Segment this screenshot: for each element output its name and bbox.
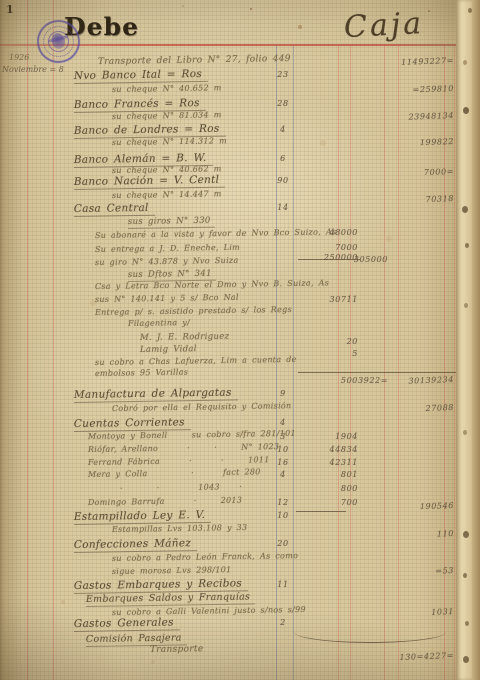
binding-edge <box>472 0 480 680</box>
row-folio: 10 <box>275 445 291 454</box>
binding-spots <box>462 0 466 5</box>
row-text: Montoya y Bonell su cobro s/fra 281/101 <box>88 429 296 441</box>
row-text: Casa Central <box>74 202 155 217</box>
row-folio: 9 <box>275 389 291 398</box>
row-text: Filagentina y/ <box>128 318 190 328</box>
row-folio: 14 <box>275 203 291 212</box>
row-folio: 12 <box>275 498 291 507</box>
ledger-row: Transporte del Libro N° 27, folio 449114… <box>0 57 458 69</box>
row-amount-a: 42311 <box>314 458 358 467</box>
ledger-row: Estampillado Ley E. V.10 <box>0 511 458 523</box>
ledger-row: Gastos Generales2 <box>0 618 458 630</box>
row-text: Ferrand Fábrica · · 1011 <box>88 455 270 467</box>
ink-column-total-rule <box>296 511 346 512</box>
row-amount-b: 3922= <box>350 376 388 385</box>
ledger-row: Banco de Londres = Ros4 <box>0 125 458 137</box>
row-text: su cobro a Pedro León Franck, As como <box>112 551 298 563</box>
row-folio: 4 <box>275 418 291 427</box>
row-text: Manufactura de Alpargatas <box>74 386 238 403</box>
row-folio: 20 <box>275 539 291 548</box>
row-text: su giro N° 43.878 y Nvo Suiza <box>95 256 239 267</box>
ledger-row: Casa Central14 <box>0 203 458 215</box>
row-amount-a: 801 <box>314 470 358 479</box>
row-amount-c: =259810 <box>396 84 454 95</box>
row-text: Mera y Colla · fact 280 <box>88 467 261 479</box>
row-folio: 16 <box>275 458 291 467</box>
ink-subtotal-rule <box>298 259 360 260</box>
row-folio: 23 <box>275 70 291 79</box>
row-amount-a: 5 <box>314 349 358 358</box>
row-text: Estampillas Lvs 103.108 y 33 <box>112 523 248 534</box>
row-text: su cheque N° 14.447 m <box>112 189 222 200</box>
row-amount-c: 130=4227= <box>396 651 454 662</box>
row-text: M. J. E. Rodriguez <box>140 332 230 343</box>
row-amount-c: 30139234 <box>396 375 454 386</box>
row-folio: 10 <box>275 511 291 520</box>
row-text: sigue morosa Lvs 298/101 <box>112 565 232 576</box>
row-text: Cuentas Corrientes <box>74 416 191 432</box>
row-amount-c: 27088 <box>396 403 454 414</box>
row-text: su cobro a Galli Valentini justo s/nos s… <box>112 605 306 617</box>
row-text: Riófar, Arellano · · N° 1023 <box>88 442 279 454</box>
row-text: Entrega p/ s. asistido prestado s/ los R… <box>95 305 292 317</box>
ledger-row: Mera y Colla · fact 2804801 <box>0 470 458 482</box>
ledger-row: Cobró por ella el Requisito y Comisión27… <box>0 404 458 416</box>
row-amount-c: 1031 <box>396 607 454 618</box>
row-text: Nvo Banco Ital = Ros <box>74 68 208 84</box>
ledger-row: Embarques Saldos y Franquías <box>0 594 458 606</box>
ledger-rows: Transporte del Libro N° 27, folio 449114… <box>0 0 480 680</box>
row-folio: 11 <box>275 580 291 589</box>
row-text: Gastos Generales <box>74 616 180 632</box>
ledger-row: Su abonaré a la vista y favor de Nvo Bco… <box>0 231 458 243</box>
ledger-row: Nvo Banco Ital = Ros23 <box>0 70 458 82</box>
ledger-row: M. J. E. Rodriguez20 <box>0 333 458 345</box>
ledger-row: Manufactura de Alpargatas9 <box>0 389 458 401</box>
row-folio: 3 <box>275 432 291 441</box>
row-text: Domingo Barrufa · 2013 <box>88 496 242 507</box>
ledger-row: sus giros N° 330 <box>0 217 458 229</box>
row-amount-a: 30711 <box>314 295 358 304</box>
ledger-row: Banco Nación = V. Centl90 <box>0 176 458 188</box>
row-text: Lamig Vidal <box>140 344 197 355</box>
row-amount-c: 11493227= <box>396 56 454 67</box>
row-text: Su abonaré a la vista y favor de Nvo Bco… <box>95 227 337 240</box>
row-amount-a: 800 <box>314 484 358 493</box>
row-text: Estampillado Ley E. V. <box>74 509 212 525</box>
ink-total-rule <box>298 372 456 373</box>
ledger-row: Transporte130=4227= <box>0 645 458 657</box>
ledger-row: su giro N° 43.878 y Nvo Suiza25000030500… <box>0 258 458 270</box>
row-text: Banco Nación = V. Centl <box>74 174 226 190</box>
row-text: Confecciones Máñez <box>74 537 197 553</box>
ledger-row: · · 1043 ·800 <box>0 484 458 496</box>
ledger-row: Banco Francés = Ros28 <box>0 99 458 111</box>
row-amount-c: 199822 <box>396 137 454 148</box>
row-folio: 2 <box>275 618 291 627</box>
row-text: · · 1043 · <box>120 482 242 493</box>
row-folio: 28 <box>275 99 291 108</box>
row-amount-a: 700 <box>314 498 358 507</box>
row-folio: 6 <box>275 154 291 163</box>
ledger-row: Estampillas Lvs 103.108 y 33110 <box>0 525 458 537</box>
row-text: Su entrega a J. D. Eneche, Lim <box>95 243 240 254</box>
ledger-page: 1 Debe Caja 1926 Noviembre = 8 Transport… <box>0 0 480 680</box>
row-text: su cheque N° 40.652 m <box>112 83 222 94</box>
row-text: Transporte <box>150 644 204 655</box>
ledger-row: su cheque N° 81.034 m23948134 <box>0 112 458 124</box>
row-amount-a: 1904 <box>314 432 358 441</box>
row-folio: 4 <box>275 125 291 134</box>
row-amount-c: =53 <box>396 566 454 577</box>
ledger-row: su cheque N° 40.652 m=259810 <box>0 85 458 97</box>
ledger-row: Gastos Embarques y Recibos11 <box>0 580 458 592</box>
row-amount-c: 23948134 <box>396 111 454 122</box>
ledger-row: Banco Alemán = B. W.6 <box>0 154 458 166</box>
row-text: sus N° 140.141 y 5 s/ Bco Nal <box>95 293 239 304</box>
ledger-row: Domingo Barrufa · 201312700190546 <box>0 498 458 510</box>
row-text: Embarques Saldos y Franquías <box>86 591 256 607</box>
left-edge-shadow <box>0 0 4 680</box>
ledger-row: su cheque N° 114.312 m199822 <box>0 138 458 150</box>
row-text: Cobró por ella el Requisito y Comisión <box>112 401 292 413</box>
ledger-row: su cheque N° 14.447 m70318 <box>0 191 458 203</box>
row-text: su cheque N° 81.034 m <box>112 110 222 121</box>
row-text: su cheque N° 114.312 m <box>112 136 227 147</box>
row-folio: 4 <box>275 470 291 479</box>
ledger-row: Filagentina y/ <box>0 319 458 331</box>
row-amount-a: 7000 <box>314 243 358 252</box>
row-text: su cobro a Chas Lafuerza, Lim a cuenta d… <box>95 355 297 367</box>
row-amount-a: 44834 <box>314 445 358 454</box>
ledger-row: Cuentas Corrientes4 <box>0 418 458 430</box>
page-edge-sliver <box>456 0 472 680</box>
row-text: sus giros N° 330 <box>128 216 215 229</box>
row-text: Transporte del Libro N° 27, folio 449 <box>98 54 291 67</box>
ledger-row: Confecciones Máñez20 <box>0 539 458 551</box>
row-amount-a: 48000 <box>314 228 358 237</box>
row-folio: 90 <box>275 176 291 185</box>
